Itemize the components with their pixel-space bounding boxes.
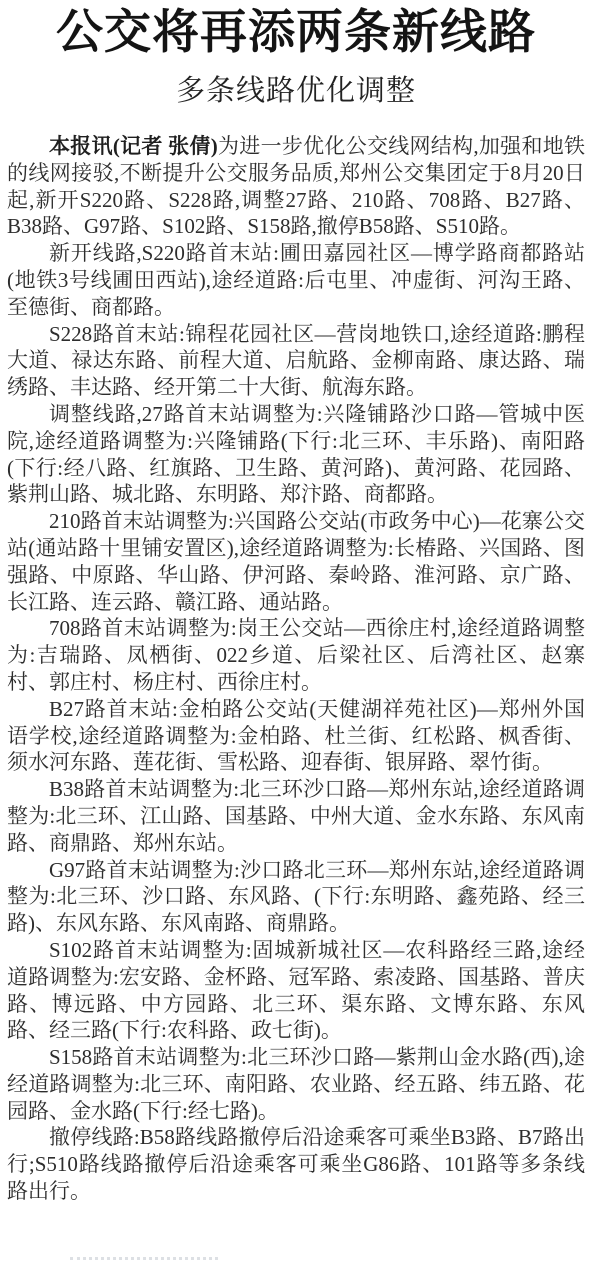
lead-byline: 本报讯(记者 张倩) [49, 134, 218, 158]
clipped-next-line-trace [70, 1257, 218, 1260]
article-subtitle: 多条线路优化调整 [7, 75, 585, 108]
article-body: 本报讯(记者 张倩)为进一步优化公交线网结构,加强和地铁的线网接驳,不断提升公交… [7, 133, 585, 1205]
body-paragraph: S158路首末站调整为:北三环沙口路—紫荆山金水路(西),途经道路调整为:北三环… [7, 1044, 585, 1124]
body-paragraph: 210路首末站调整为:兴国路公交站(市政务中心)—花寨公交站(通站路十里铺安置区… [7, 508, 585, 615]
body-paragraph: S228路首末站:锦程花园社区—营岗地铁口,途经道路:鹏程大道、禄达东路、前程大… [7, 321, 585, 401]
body-paragraph: B38路首末站调整为:北三环沙口路—郑州东站,途经道路调整为:北三环、江山路、国… [7, 776, 585, 856]
body-paragraph: B27路首末站:金柏路公交站(天健湖祥苑社区)—郑州外国语学校,途经道路调整为:… [7, 696, 585, 776]
lead-paragraph: 本报讯(记者 张倩)为进一步优化公交线网结构,加强和地铁的线网接驳,不断提升公交… [7, 133, 585, 240]
article-title: 公交将再添两条新线路 [7, 4, 585, 60]
body-paragraph: 调整线路,27路首末站调整为:兴隆铺路沙口路—管城中医院,途经道路调整为:兴隆铺… [7, 401, 585, 508]
body-paragraph: 新开线路,S220路首末站:圃田嘉园社区—博学路商都路站(地铁3号线圃田西站),… [7, 240, 585, 320]
body-paragraph: 撤停线路:B58路线路撤停后沿途乘客可乘坐B3路、B7路出行;S510路线路撤停… [7, 1124, 585, 1204]
newspaper-page: 公交将再添两条新线路 多条线路优化调整 本报讯(记者 张倩)为进一步优化公交线网… [0, 0, 592, 1274]
body-paragraph: G97路首末站调整为:沙口路北三环—郑州东站,途经道路调整为:北三环、沙口路、东… [7, 857, 585, 937]
body-paragraph: S102路首末站调整为:固城新城社区—农科路经三路,途经道路调整为:宏安路、金杯… [7, 937, 585, 1044]
body-paragraph: 708路首末站调整为:岗王公交站—西徐庄村,途经道路调整为:吉瑞路、凤栖街、02… [7, 615, 585, 695]
